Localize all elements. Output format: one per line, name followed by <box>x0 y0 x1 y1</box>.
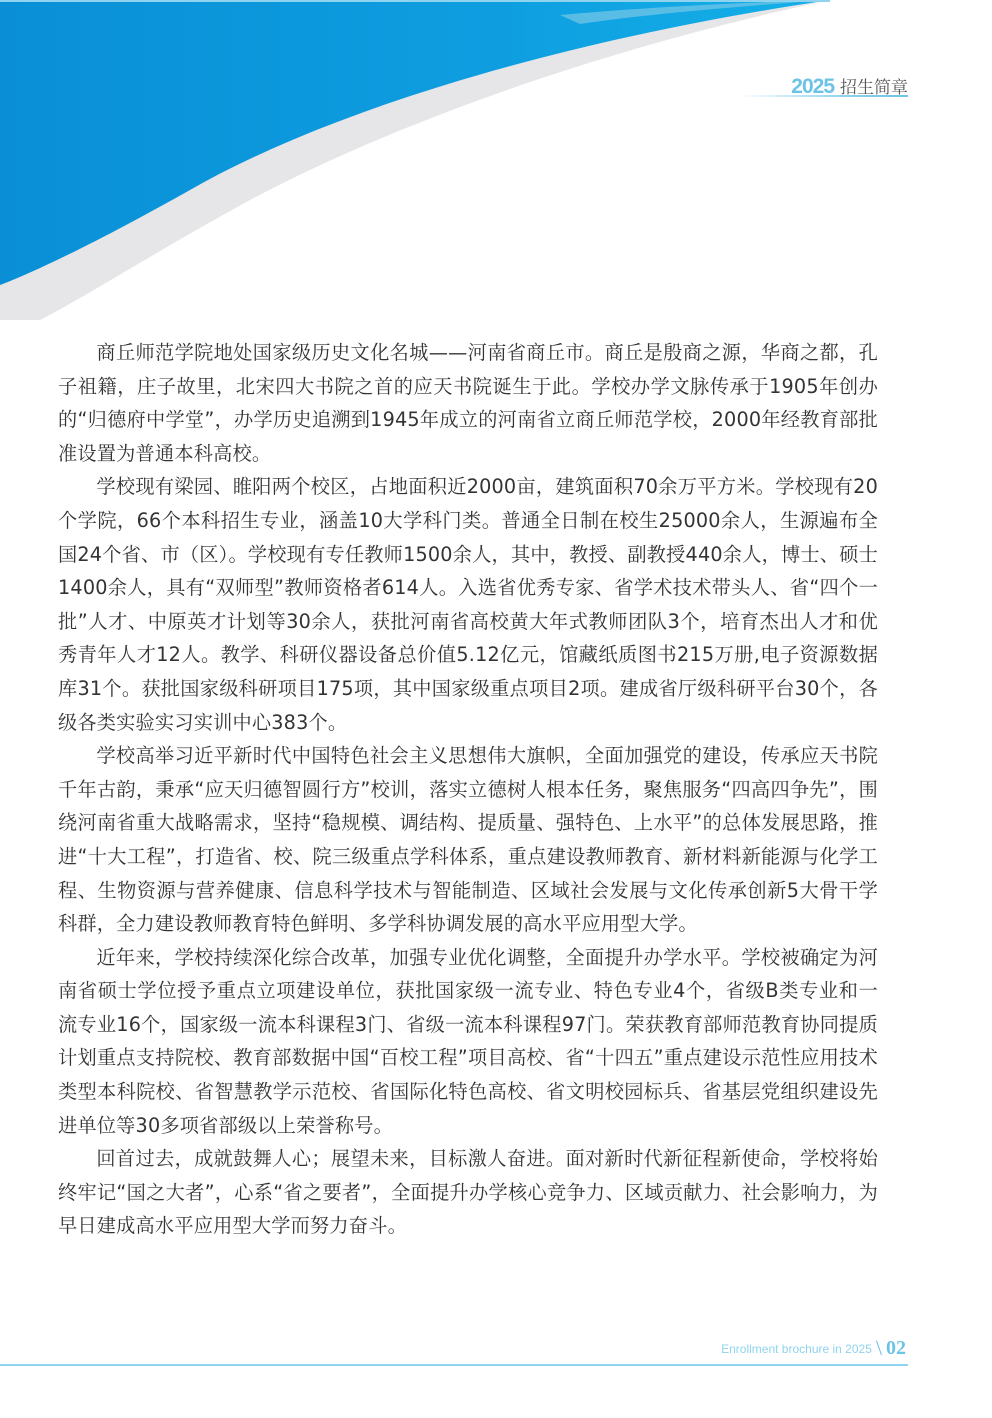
paragraph-intro: 商丘师范学院地处国家级历史文化名城——河南省商丘市。商丘是殷商之源，华商之都，孔… <box>58 336 878 470</box>
page-number: 02 <box>886 1338 906 1358</box>
footer-text: Enrollment brochure in 2025 <box>721 1342 872 1358</box>
paragraph-reforms-honors: 近年来，学校持续深化综合改革，加强专业优化调整，全面提升办学水平。学校被确定为河… <box>58 941 878 1143</box>
paragraph-development-strategy: 学校高举习近平新时代中国特色社会主义思想伟大旗帜，全面加强党的建设，传承应天书院… <box>58 739 878 941</box>
footer-rule <box>0 1364 908 1366</box>
footer-separator: \ <box>876 1338 882 1358</box>
top-rule <box>0 0 830 2</box>
body-text: 商丘师范学院地处国家级历史文化名城——河南省商丘市。商丘是殷商之源，华商之都，孔… <box>58 336 878 1243</box>
header-underline <box>740 95 908 97</box>
footer-brand: Enrollment brochure in 2025 \ 02 <box>721 1338 906 1358</box>
paragraph-outlook: 回首过去，成就鼓舞人心；展望未来，目标激人奋进。面对新时代新征程新使命，学校将始… <box>58 1142 878 1243</box>
paragraph-campus-facts: 学校现有梁园、睢阳两个校区，占地面积近2000亩，建筑面积70余万平方米。学校现… <box>58 470 878 739</box>
